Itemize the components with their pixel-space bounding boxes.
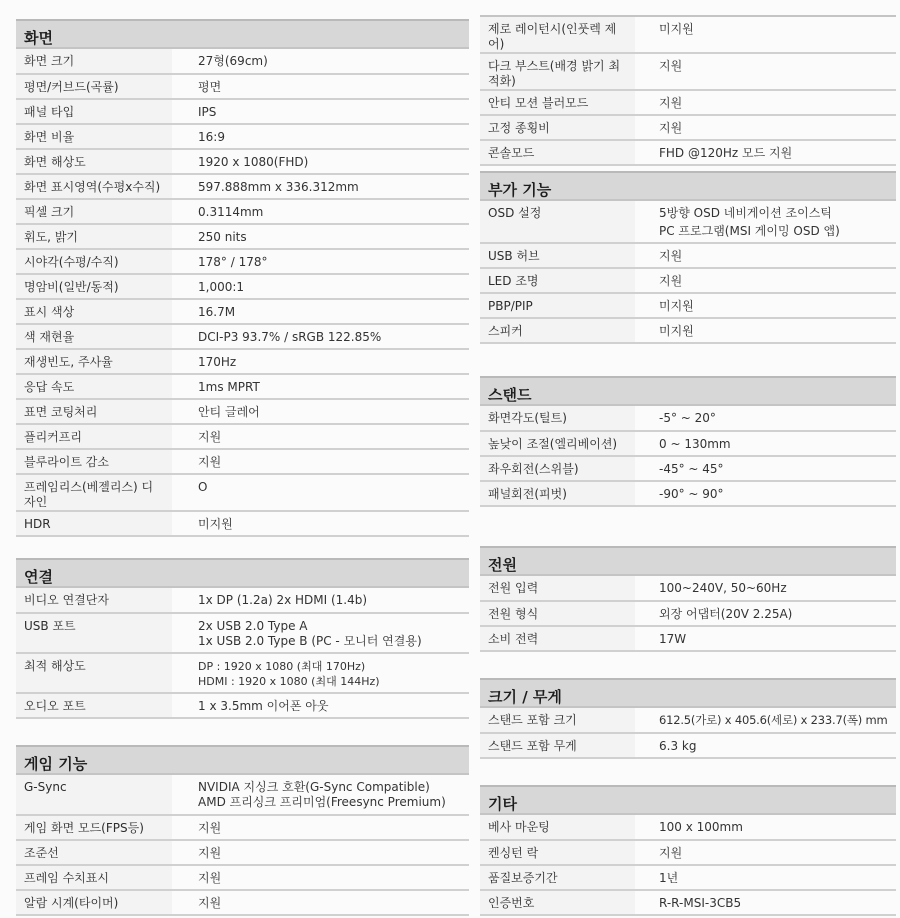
value-line: 2x USB 2.0 Type A [198,619,461,634]
row-value: R-R-MSI-3CB5 [635,890,896,915]
row-label: 표면 코팅처리 [16,399,172,424]
section-title: 크기 / 무게 [480,678,896,708]
row-value: 250 nits [172,224,469,249]
row-value: -90° ~ 90° [635,481,896,506]
table-row: 픽셀 크기0.3114mm [16,199,469,224]
row-label: 켄싱턴 락 [480,840,635,865]
row-value: 안티 글레어 [172,399,469,424]
row-value: FHD @120Hz 모드 지원 [635,140,896,165]
table-row: OSD 설정5방향 OSD 네비게이션 조이스틱PC 프로그램(MSI 게이밍 … [480,201,896,243]
row-label: 패널 타입 [16,99,172,124]
row-value: 지원 [635,243,896,268]
row-label: 표시 색상 [16,299,172,324]
row-label: 알람 시계(타이머) [16,890,172,915]
table-row: 제로 레이턴시(인풋렉 제어)미지원 [480,16,896,53]
row-label: 재생빈도, 주사율 [16,349,172,374]
row-label: 베사 마운팅 [480,815,635,840]
row-value: 미지원 [635,293,896,318]
row-value: IPS [172,99,469,124]
row-label: 콘솔모드 [480,140,635,165]
row-label: 프레임 수치표시 [16,865,172,890]
table-row: 베사 마운팅100 x 100mm [480,815,896,840]
row-value: 0 ~ 130mm [635,431,896,456]
row-label: G-Sync [16,775,172,815]
table-row: 조준선지원 [16,840,469,865]
row-label: 색 재현율 [16,324,172,349]
table-row: 켄싱턴 락지원 [480,840,896,865]
table-row: 화면각도(틸트)-5° ~ 20° [480,406,896,431]
row-label: 조준선 [16,840,172,865]
row-label: 스피커 [480,318,635,343]
row-label: 화면각도(틸트) [480,406,635,431]
table-row: 좌우회전(스위블)-45° ~ 45° [480,456,896,481]
row-value: 1920 x 1080(FHD) [172,149,469,174]
table-row: 명암비(일반/동적)1,000:1 [16,274,469,299]
table-row: 프레임리스(베젤리스) 디자인O [16,474,469,511]
section-gaming-continued: 제로 레이턴시(인풋렉 제어)미지원 다크 부스트(배경 밝기 최적화)지원 안… [480,15,896,166]
row-value: 1ms MPRT [172,374,469,399]
table-row: 전원 입력100~240V, 50~60Hz [480,576,896,601]
row-label: 명암비(일반/동적) [16,274,172,299]
section-title: 스탠드 [480,376,896,406]
row-value: 지원 [172,865,469,890]
section-connection: 연결 비디오 연결단자1x DP (1.2a) 2x HDMI (1.4b) U… [16,558,469,719]
row-label: 전원 입력 [480,576,635,601]
section-power: 전원 전원 입력100~240V, 50~60Hz 전원 형식외장 어댑터(20… [480,546,896,652]
row-label: 스탠드 포함 크기 [480,708,635,733]
row-label: 화면 해상도 [16,149,172,174]
row-value: 지원 [172,890,469,915]
table-row: 패널 타입IPS [16,99,469,124]
row-label: 플리커프리 [16,424,172,449]
row-value: 612.5(가로) x 405.6(세로) x 233.7(폭) mm [635,708,896,733]
row-label: 비디오 연결단자 [16,588,172,613]
row-label: PBP/PIP [480,293,635,318]
table-row: 전원 형식외장 어댑터(20V 2.25A) [480,601,896,626]
row-label: 응답 속도 [16,374,172,399]
table-row: USB 허브지원 [480,243,896,268]
row-label: 제로 레이턴시(인풋렉 제어) [480,16,635,53]
row-label: 좌우회전(스위블) [480,456,635,481]
value-line: HDMI : 1920 x 1080 (최대 144Hz) [198,674,461,689]
section-title: 기타 [480,785,896,815]
row-value: 지원 [635,53,896,90]
table-row: 콘솔모드FHD @120Hz 모드 지원 [480,140,896,165]
row-label: 인증번호 [480,890,635,915]
table-row: 스피커미지원 [480,318,896,343]
spec-table: 화면 크기27형(69cm) 평면/커브드(곡률)평면 패널 타입IPS 화면 … [16,49,469,537]
row-value: 170Hz [172,349,469,374]
table-row: 재생빈도, 주사율170Hz [16,349,469,374]
table-row: 안티 모션 블러모드지원 [480,90,896,115]
row-label: 소비 전력 [480,626,635,651]
row-label: 화면 크기 [16,49,172,74]
section-stand: 스탠드 화면각도(틸트)-5° ~ 20° 높낮이 조절(엘리베이션)0 ~ 1… [480,376,896,507]
table-row: 패널회전(피벗)-90° ~ 90° [480,481,896,506]
section-size-weight: 크기 / 무게 스탠드 포함 크기612.5(가로) x 405.6(세로) x… [480,678,896,759]
row-value: 미지원 [635,318,896,343]
row-label: 픽셀 크기 [16,199,172,224]
section-title: 화면 [16,19,469,49]
table-row: 품질보증기간1년 [480,865,896,890]
row-value: 16.7M [172,299,469,324]
section-display: 화면 화면 크기27형(69cm) 평면/커브드(곡률)평면 패널 타입IPS … [16,19,469,537]
row-label: 높낮이 조절(엘리베이션) [480,431,635,456]
table-row: 화면 해상도1920 x 1080(FHD) [16,149,469,174]
row-value: -5° ~ 20° [635,406,896,431]
row-value: 지원 [635,840,896,865]
row-value: 6.3 kg [635,733,896,758]
row-value: O [172,474,469,511]
table-row: 시야각(수평/수직)178° / 178° [16,249,469,274]
table-row: HDR미지원 [16,511,469,536]
table-row: 고정 종횡비지원 [480,115,896,140]
row-value: 2x USB 2.0 Type A1x USB 2.0 Type B (PC -… [172,613,469,653]
row-value: 0.3114mm [172,199,469,224]
spec-table: 전원 입력100~240V, 50~60Hz 전원 형식외장 어댑터(20V 2… [480,576,896,652]
row-label: 화면 표시영역(수평x수직) [16,174,172,199]
row-value: -45° ~ 45° [635,456,896,481]
section-title: 부가 기능 [480,171,896,201]
row-value: 지원 [635,115,896,140]
section-gaming: 게임 기능 G-SyncNVIDIA 지싱크 호환(G-Sync Compati… [16,745,469,916]
row-value: 미지원 [635,16,896,53]
table-row: 휘도, 밝기250 nits [16,224,469,249]
row-label: 다크 부스트(배경 밝기 최적화) [480,53,635,90]
table-row: G-SyncNVIDIA 지싱크 호환(G-Sync Compatible)AM… [16,775,469,815]
table-row: 게임 화면 모드(FPS등)지원 [16,815,469,840]
row-value: 1년 [635,865,896,890]
row-value: 외장 어댑터(20V 2.25A) [635,601,896,626]
row-label: 오디오 포트 [16,693,172,718]
spec-table: 제로 레이턴시(인풋렉 제어)미지원 다크 부스트(배경 밝기 최적화)지원 안… [480,15,896,166]
row-label: 전원 형식 [480,601,635,626]
row-label: LED 조명 [480,268,635,293]
row-label: 품질보증기간 [480,865,635,890]
row-value: NVIDIA 지싱크 호환(G-Sync Compatible)AMD 프리싱크… [172,775,469,815]
table-row: 화면 표시영역(수평x수직)597.888mm x 336.312mm [16,174,469,199]
spec-table: 비디오 연결단자1x DP (1.2a) 2x HDMI (1.4b) USB … [16,588,469,719]
table-row: 다크 부스트(배경 밝기 최적화)지원 [480,53,896,90]
row-value: 100~240V, 50~60Hz [635,576,896,601]
value-line: PC 프로그램(MSI 게이밍 OSD 앱) [659,224,888,239]
spec-table: G-SyncNVIDIA 지싱크 호환(G-Sync Compatible)AM… [16,775,469,916]
spec-table: 스탠드 포함 크기612.5(가로) x 405.6(세로) x 233.7(폭… [480,708,896,759]
table-row: 알람 시계(타이머)지원 [16,890,469,915]
row-label: 평면/커브드(곡률) [16,74,172,99]
table-row: 블루라이트 감소지원 [16,449,469,474]
table-row: 플리커프리지원 [16,424,469,449]
section-extra-features: 부가 기능 OSD 설정5방향 OSD 네비게이션 조이스틱PC 프로그램(MS… [480,171,896,344]
table-row: USB 포트2x USB 2.0 Type A1x USB 2.0 Type B… [16,613,469,653]
table-row: 화면 크기27형(69cm) [16,49,469,74]
row-value: 1x DP (1.2a) 2x HDMI (1.4b) [172,588,469,613]
row-label: 화면 비율 [16,124,172,149]
table-row: 표시 색상16.7M [16,299,469,324]
spec-table: 화면각도(틸트)-5° ~ 20° 높낮이 조절(엘리베이션)0 ~ 130mm… [480,406,896,507]
table-row: 화면 비율16:9 [16,124,469,149]
row-label: 게임 화면 모드(FPS등) [16,815,172,840]
row-value: 17W [635,626,896,651]
row-value: DCI-P3 93.7% / sRGB 122.85% [172,324,469,349]
row-value: 평면 [172,74,469,99]
value-line: 1x USB 2.0 Type B (PC - 모니터 연결용) [198,634,461,649]
spec-table: OSD 설정5방향 OSD 네비게이션 조이스틱PC 프로그램(MSI 게이밍 … [480,201,896,344]
row-value: 지원 [635,90,896,115]
row-value: 지원 [172,840,469,865]
row-label: 패널회전(피벗) [480,481,635,506]
row-label: 시야각(수평/수직) [16,249,172,274]
value-line: 5방향 OSD 네비게이션 조이스틱 [659,206,888,221]
row-label: 안티 모션 블러모드 [480,90,635,115]
row-value: 지원 [172,449,469,474]
section-misc: 기타 베사 마운팅100 x 100mm 켄싱턴 락지원 품질보증기간1년 인증… [480,785,896,916]
row-value: 1,000:1 [172,274,469,299]
row-value: 100 x 100mm [635,815,896,840]
value-line: NVIDIA 지싱크 호환(G-Sync Compatible) [198,780,461,795]
row-value: 5방향 OSD 네비게이션 조이스틱PC 프로그램(MSI 게이밍 OSD 앱) [635,201,896,243]
section-title: 게임 기능 [16,745,469,775]
row-label: 스탠드 포함 무게 [480,733,635,758]
table-row: 최적 해상도DP : 1920 x 1080 (최대 170Hz)HDMI : … [16,653,469,693]
table-row: 스탠드 포함 무게6.3 kg [480,733,896,758]
table-row: 비디오 연결단자1x DP (1.2a) 2x HDMI (1.4b) [16,588,469,613]
row-label: 휘도, 밝기 [16,224,172,249]
table-row: 프레임 수치표시지원 [16,865,469,890]
row-value: 597.888mm x 336.312mm [172,174,469,199]
row-value: 지원 [172,424,469,449]
row-value: DP : 1920 x 1080 (최대 170Hz)HDMI : 1920 x… [172,653,469,693]
table-row: 표면 코팅처리안티 글레어 [16,399,469,424]
table-row: PBP/PIP미지원 [480,293,896,318]
row-label: OSD 설정 [480,201,635,243]
table-row: 응답 속도1ms MPRT [16,374,469,399]
row-value: 미지원 [172,511,469,536]
table-row: 오디오 포트1 x 3.5mm 이어폰 아웃 [16,693,469,718]
table-row: 스탠드 포함 크기612.5(가로) x 405.6(세로) x 233.7(폭… [480,708,896,733]
row-value: 1 x 3.5mm 이어폰 아웃 [172,693,469,718]
spec-table: 베사 마운팅100 x 100mm 켄싱턴 락지원 품질보증기간1년 인증번호R… [480,815,896,916]
row-label: 최적 해상도 [16,653,172,693]
row-value: 지원 [172,815,469,840]
row-label: USB 포트 [16,613,172,653]
row-label: HDR [16,511,172,536]
table-row: 평면/커브드(곡률)평면 [16,74,469,99]
row-value: 16:9 [172,124,469,149]
row-label: 프레임리스(베젤리스) 디자인 [16,474,172,511]
row-label: USB 허브 [480,243,635,268]
value-line: AMD 프리싱크 프리미엄(Freesync Premium) [198,795,461,810]
table-row: 소비 전력17W [480,626,896,651]
section-title: 연결 [16,558,469,588]
row-label: 블루라이트 감소 [16,449,172,474]
row-label: 고정 종횡비 [480,115,635,140]
row-value: 27형(69cm) [172,49,469,74]
table-row: 높낮이 조절(엘리베이션)0 ~ 130mm [480,431,896,456]
value-line: DP : 1920 x 1080 (최대 170Hz) [198,659,461,674]
table-row: LED 조명지원 [480,268,896,293]
table-row: 색 재현율DCI-P3 93.7% / sRGB 122.85% [16,324,469,349]
row-value: 178° / 178° [172,249,469,274]
row-value: 지원 [635,268,896,293]
table-row: 인증번호R-R-MSI-3CB5 [480,890,896,915]
section-title: 전원 [480,546,896,576]
